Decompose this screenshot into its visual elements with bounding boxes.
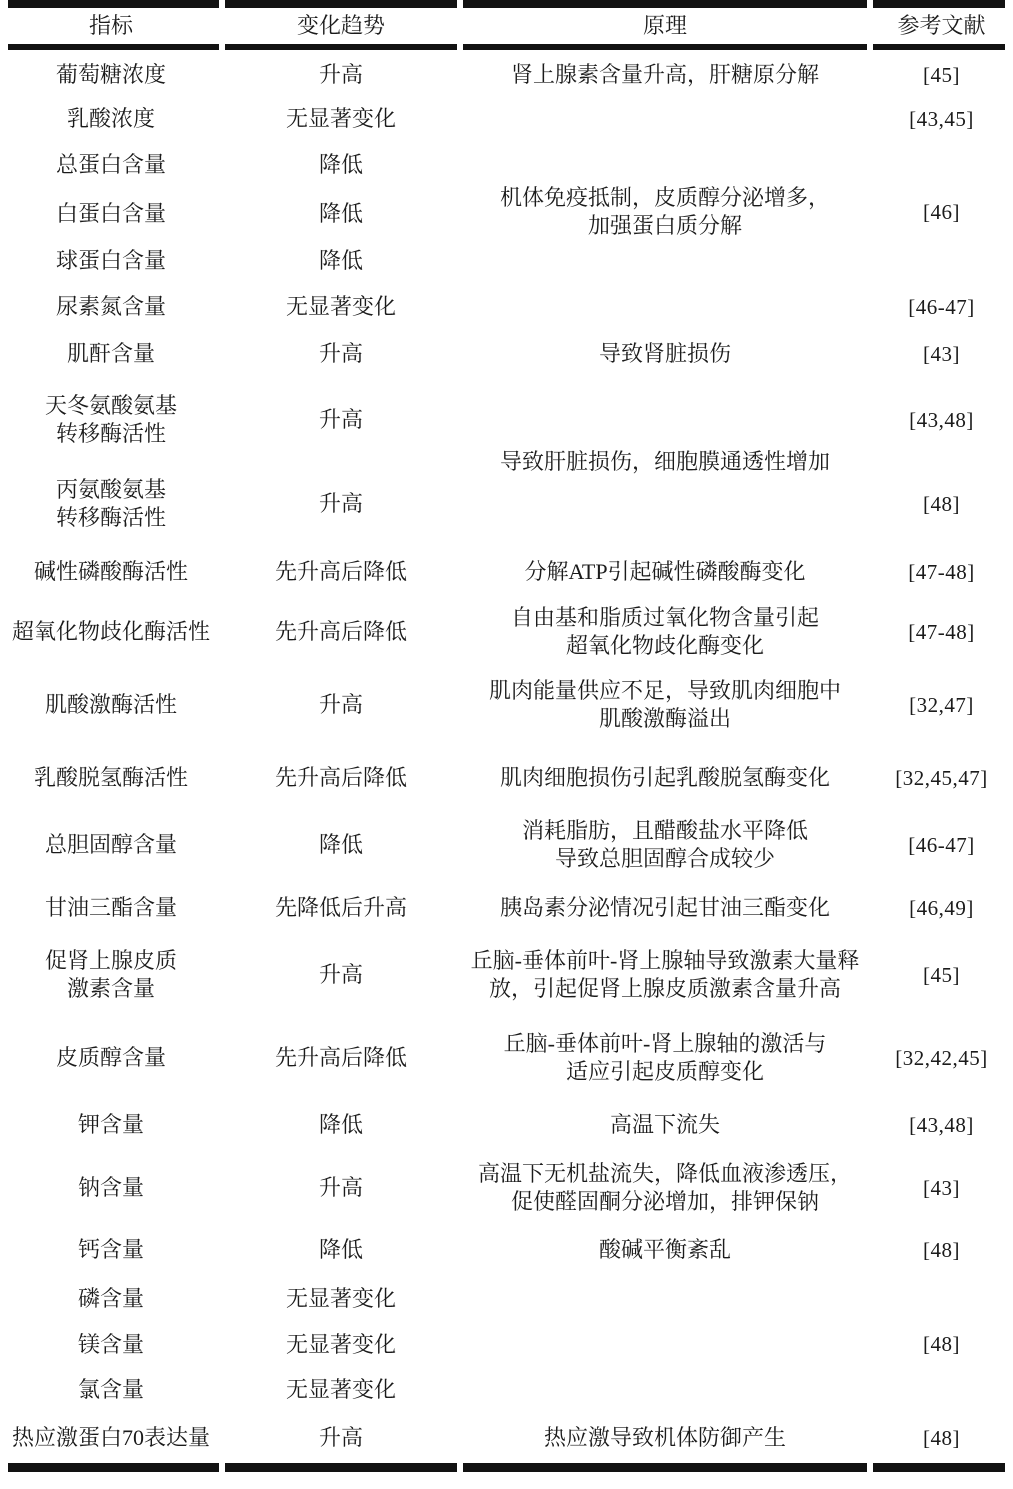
trend-cell: 无显著变化: [222, 1322, 460, 1368]
principle-cell: 肌肉细胞损伤引起乳酸脱氢酶变化: [460, 745, 870, 810]
indicator-cell: 磷含量: [0, 1275, 222, 1322]
indicator-cell: 天冬氨酸氨基 转移酶活性: [0, 378, 222, 462]
table-row: 钙含量 降低 酸碱平衡紊乱 [48]: [0, 1225, 1013, 1275]
principle-cell: 消耗脂肪，且醋酸盐水平降低 导致总胆固醇合成较少: [460, 810, 870, 880]
principle-cell: 自由基和脂质过氧化物含量引起 超氧化物歧化酶变化: [460, 598, 870, 665]
trend-cell: 升高: [222, 665, 460, 745]
table-row: 天冬氨酸氨基 转移酶活性 升高 导致肝脏损伤，细胞膜通透性增加 [43,48]: [0, 378, 1013, 462]
principle-cell: 酸碱平衡紊乱: [460, 1225, 870, 1275]
principle-cell: 丘脑-垂体前叶-肾上腺轴的激活与 适应引起皮质醇变化: [460, 1015, 870, 1100]
trend-cell: 升高: [222, 378, 460, 462]
table-row: 磷含量 无显著变化 [48]: [0, 1275, 1013, 1322]
ref-cell: [43]: [870, 330, 1013, 378]
table-row: 超氧化物歧化酶活性 先升高后降低 自由基和脂质过氧化物含量引起 超氧化物歧化酶变…: [0, 598, 1013, 665]
ref-cell: [47-48]: [870, 598, 1013, 665]
indicator-cell: 乳酸浓度: [0, 97, 222, 140]
table-row: 皮质醇含量 先升高后降低 丘脑-垂体前叶-肾上腺轴的激活与 适应引起皮质醇变化 …: [0, 1015, 1013, 1100]
table-row: 钠含量 升高 高温下无机盐流失，降低血液渗透压， 促使醛固酮分泌增加，排钾保钠 …: [0, 1150, 1013, 1225]
table-row: 热应激蛋白70表达量 升高 热应激导致机体防御产生 [48]: [0, 1412, 1013, 1463]
ref-cell: [43]: [870, 1150, 1013, 1225]
trend-cell: 降低: [222, 1225, 460, 1275]
indicator-cell: 碱性磷酸酶活性: [0, 545, 222, 598]
ref-cell-merged: [46]: [870, 140, 1013, 283]
indicator-cell: 球蛋白含量: [0, 238, 222, 283]
trend-cell: 无显著变化: [222, 283, 460, 330]
ref-cell: [48]: [870, 1412, 1013, 1463]
ref-cell: [43,48]: [870, 378, 1013, 462]
trend-cell: 降低: [222, 238, 460, 283]
indicator-cell: 总胆固醇含量: [0, 810, 222, 880]
principle-cell: 导致肾脏损伤: [460, 330, 870, 378]
trend-cell: 降低: [222, 810, 460, 880]
indicator-cell: 促肾上腺皮质 激素含量: [0, 935, 222, 1015]
principle-cell: [460, 97, 870, 140]
indicator-cell: 钠含量: [0, 1150, 222, 1225]
principle-cell: [460, 283, 870, 330]
indicator-cell: 肌酐含量: [0, 330, 222, 378]
indicator-cell: 镁含量: [0, 1322, 222, 1368]
principle-cell: 胰岛素分泌情况引起甘油三酯变化: [460, 880, 870, 935]
table-row: 甘油三酯含量 先降低后升高 胰岛素分泌情况引起甘油三酯变化 [46,49]: [0, 880, 1013, 935]
table-row: 乳酸浓度 无显著变化 [43,45]: [0, 97, 1013, 140]
table-row: 钾含量 降低 高温下流失 [43,48]: [0, 1100, 1013, 1150]
indicator-cell: 葡萄糖浓度: [0, 52, 222, 97]
trend-cell: 升高: [222, 52, 460, 97]
principle-cell: 分解ATP引起碱性磷酸酶变化: [460, 545, 870, 598]
principle-cell: 热应激导致机体防御产生: [460, 1412, 870, 1463]
indicator-cell: 钙含量: [0, 1225, 222, 1275]
table-row: 总胆固醇含量 降低 消耗脂肪，且醋酸盐水平降低 导致总胆固醇合成较少 [46-4…: [0, 810, 1013, 880]
principle-cell-merged: 导致肝脏损伤，细胞膜通透性增加: [460, 378, 870, 545]
ref-cell: [48]: [870, 462, 1013, 545]
ref-cell-merged: [48]: [870, 1275, 1013, 1412]
indicator-cell: 皮质醇含量: [0, 1015, 222, 1100]
table-row: 尿素氮含量 无显著变化 [46-47]: [0, 283, 1013, 330]
trend-cell: 先升高后降低: [222, 745, 460, 810]
trend-cell: 降低: [222, 140, 460, 190]
trend-cell: 无显著变化: [222, 1275, 460, 1322]
table-header-rule: [0, 44, 1013, 50]
table-bottom-rule: [0, 1463, 1013, 1472]
ref-cell: [32,45,47]: [870, 745, 1013, 810]
table-row: 总蛋白含量 降低 机体免疫抵制，皮质醇分泌增多， 加强蛋白质分解 [46]: [0, 140, 1013, 190]
table-row: 碱性磷酸酶活性 先升高后降低 分解ATP引起碱性磷酸酶变化 [47-48]: [0, 545, 1013, 598]
indicator-cell: 尿素氮含量: [0, 283, 222, 330]
trend-cell: 先降低后升高: [222, 880, 460, 935]
trend-cell: 无显著变化: [222, 1368, 460, 1412]
principle-cell: 肾上腺素含量升高，肝糖原分解: [460, 52, 870, 97]
trend-cell: 先升高后降低: [222, 545, 460, 598]
principle-cell: 肌肉能量供应不足，导致肌肉细胞中 肌酸激酶溢出: [460, 665, 870, 745]
ref-cell: [47-48]: [870, 545, 1013, 598]
indicator-cell: 钾含量: [0, 1100, 222, 1150]
ref-cell: [48]: [870, 1225, 1013, 1275]
ref-cell: [46-47]: [870, 283, 1013, 330]
indicator-cell: 肌酸激酶活性: [0, 665, 222, 745]
principle-cell: 高温下流失: [460, 1100, 870, 1150]
ref-cell: [45]: [870, 935, 1013, 1015]
principle-cell: 丘脑-垂体前叶-肾上腺轴导致激素大量释 放，引起促肾上腺皮质激素含量升高: [460, 935, 870, 1015]
principle-cell: 高温下无机盐流失，降低血液渗透压， 促使醛固酮分泌增加，排钾保钠: [460, 1150, 870, 1225]
indicator-cell: 总蛋白含量: [0, 140, 222, 190]
ref-cell: [45]: [870, 52, 1013, 97]
trend-cell: 降低: [222, 190, 460, 238]
trend-cell: 无显著变化: [222, 97, 460, 140]
table-top-rule: [0, 0, 1013, 8]
principle-cell-merged: [460, 1275, 870, 1412]
indicator-cell: 甘油三酯含量: [0, 880, 222, 935]
table-row: 肌酸激酶活性 升高 肌肉能量供应不足，导致肌肉细胞中 肌酸激酶溢出 [32,47…: [0, 665, 1013, 745]
indicator-cell: 白蛋白含量: [0, 190, 222, 238]
trend-cell: 升高: [222, 1150, 460, 1225]
table-row: 葡萄糖浓度 升高 肾上腺素含量升高，肝糖原分解 [45]: [0, 52, 1013, 97]
ref-cell: [43,45]: [870, 97, 1013, 140]
ref-cell: [46,49]: [870, 880, 1013, 935]
trend-cell: 先升高后降低: [222, 1015, 460, 1100]
table-row: 促肾上腺皮质 激素含量 升高 丘脑-垂体前叶-肾上腺轴导致激素大量释 放，引起促…: [0, 935, 1013, 1015]
principle-cell-merged: 机体免疫抵制，皮质醇分泌增多， 加强蛋白质分解: [460, 140, 870, 283]
ref-cell: [46-47]: [870, 810, 1013, 880]
ref-cell: [43,48]: [870, 1100, 1013, 1150]
trend-cell: 升高: [222, 1412, 460, 1463]
document-page: 指标 变化趋势 原理 参考文献 葡萄糖浓度 升高 肾上腺素含量升高，肝糖原分解 …: [0, 0, 1013, 1489]
ref-cell: [32,42,45]: [870, 1015, 1013, 1100]
trend-cell: 先升高后降低: [222, 598, 460, 665]
indicator-cell: 氯含量: [0, 1368, 222, 1412]
indicator-cell: 热应激蛋白70表达量: [0, 1412, 222, 1463]
indicators-table: 指标 变化趋势 原理 参考文献 葡萄糖浓度 升高 肾上腺素含量升高，肝糖原分解 …: [0, 0, 1013, 1463]
table-row: 肌酐含量 升高 导致肾脏损伤 [43]: [0, 330, 1013, 378]
trend-cell: 升高: [222, 462, 460, 545]
ref-cell: [32,47]: [870, 665, 1013, 745]
trend-cell: 降低: [222, 1100, 460, 1150]
trend-cell: 升高: [222, 330, 460, 378]
indicator-cell: 乳酸脱氢酶活性: [0, 745, 222, 810]
trend-cell: 升高: [222, 935, 460, 1015]
indicator-cell: 丙氨酸氨基 转移酶活性: [0, 462, 222, 545]
indicator-cell: 超氧化物歧化酶活性: [0, 598, 222, 665]
table-row: 乳酸脱氢酶活性 先升高后降低 肌肉细胞损伤引起乳酸脱氢酶变化 [32,45,47…: [0, 745, 1013, 810]
